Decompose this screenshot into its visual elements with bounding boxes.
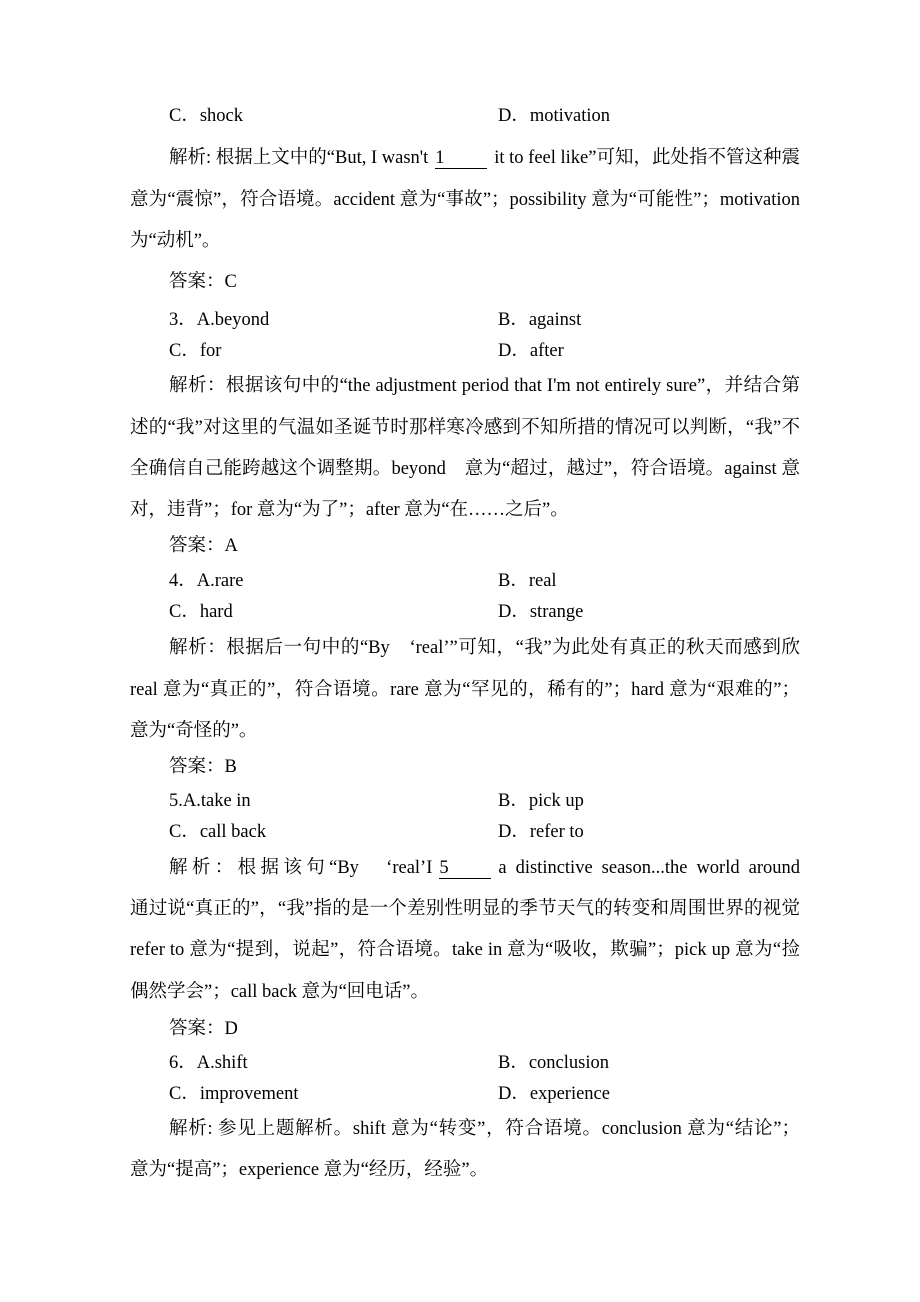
- q5-options-row-2: C．call back D．refer to: [0, 819, 920, 847]
- option-cell-b: B．pick up: [498, 788, 584, 815]
- q5-answer-line: 答案：D: [169, 1016, 800, 1044]
- q2-analysis-line-2: 意为“震惊”，符合语境。accident 意为“事故”；possibility …: [130, 187, 800, 215]
- q2-analysis-line-3: 为“动机”。: [130, 228, 800, 256]
- q5-analysis-line-2: 通过说“真正的”，“我”指的是一个差别性明显的季节天气的转变和周围世界的视觉改变…: [130, 896, 800, 924]
- q2-options-row: C．shock D．motivation: [0, 103, 920, 131]
- analysis-text: 解析：根据该句“By ‘real’I: [169, 858, 432, 878]
- q6-analysis-line-2: 意为“提高”；experience 意为“经历，经验”。: [130, 1157, 800, 1185]
- option-cell-c: C．call back: [169, 819, 266, 846]
- q2-analysis-line-1: 解析: 根据上文中的“But, I wasn't1it to feel like…: [169, 145, 800, 173]
- option-cell-c: C．for: [169, 338, 221, 365]
- q6-analysis-line-1: 解析: 参见上题解析。shift 意为“转变”，符合语境。conclusion …: [169, 1116, 800, 1144]
- blank-underline: 5: [439, 859, 491, 879]
- option-cell-c: C．hard: [169, 599, 233, 626]
- q6-options-row-1: 6．A.shift B．conclusion: [0, 1050, 920, 1078]
- q3-analysis-line-1: 解析：根据该句中的“the adjustment period that I'm…: [169, 373, 800, 401]
- q5-analysis-line-3: refer to 意为“提到，说起”，符合语境。take in 意为“吸收，欺骗…: [130, 937, 800, 965]
- q4-options-row-2: C．hard D．strange: [0, 599, 920, 627]
- option-cell-d: D．strange: [498, 599, 583, 626]
- blank-underline: 1: [435, 149, 487, 169]
- option-cell-d: D．motivation: [498, 103, 610, 130]
- q4-analysis-line-3: 意为“奇怪的”。: [130, 718, 800, 746]
- q3-answer-line: 答案：A: [169, 533, 800, 561]
- option-cell-c: C．shock: [169, 103, 243, 130]
- q4-analysis-line-2: real 意为“真正的”，符合语境。rare 意为“罕见的，稀有的”；hard …: [130, 677, 800, 705]
- q5-analysis-line-1: 解析：根据该句“By ‘real’I5a distinctive season.…: [169, 855, 800, 883]
- q4-analysis-line-1: 解析：根据后一句中的“By ‘real’”可知，“我”为此处有真正的秋天而感到欣…: [169, 635, 800, 663]
- option-cell-d: D．after: [498, 338, 564, 365]
- q2-answer-line: 答案：C: [169, 269, 800, 297]
- analysis-text: 解析: 根据上文中的“But, I wasn't: [169, 148, 428, 168]
- q4-options-row-1: 4．A.rare B．real: [0, 568, 920, 596]
- q5-analysis-line-4: 偶然学会”；call back 意为“回电话”。: [130, 979, 800, 1007]
- option-cell-b: B．against: [498, 307, 581, 334]
- q4-answer-line: 答案：B: [169, 754, 800, 782]
- option-cell-a: 5.A.take in: [169, 788, 251, 815]
- q6-options-row-2: C．improvement D．experience: [0, 1081, 920, 1109]
- q3-options-row-1: 3．A.beyond B．against: [0, 307, 920, 335]
- option-cell-b: B．real: [498, 568, 557, 595]
- option-cell-a: 4．A.rare: [169, 568, 243, 595]
- option-cell-c: C．improvement: [169, 1081, 298, 1108]
- q3-analysis-line-2: 述的“我”对这里的气温如圣诞节时那样寒冷感到不知所措的情况可以判断，“我”不能完: [130, 415, 800, 443]
- q5-options-row-1: 5.A.take in B．pick up: [0, 788, 920, 816]
- option-cell-d: D．refer to: [498, 819, 584, 846]
- document-page: C．shock D．motivation 解析: 根据上文中的“But, I w…: [0, 0, 920, 1302]
- option-cell-b: B．conclusion: [498, 1050, 609, 1077]
- option-cell-a: 6．A.shift: [169, 1050, 248, 1077]
- q3-analysis-line-4: 对，违背”；for 意为“为了”；after 意为“在……之后”。: [130, 497, 800, 525]
- option-cell-d: D．experience: [498, 1081, 610, 1108]
- q3-analysis-line-3: 全确信自己能跨越这个调整期。beyond 意为“超过，越过”，符合语境。agai…: [130, 456, 800, 484]
- q3-options-row-2: C．for D．after: [0, 338, 920, 366]
- option-cell-a: 3．A.beyond: [169, 307, 269, 334]
